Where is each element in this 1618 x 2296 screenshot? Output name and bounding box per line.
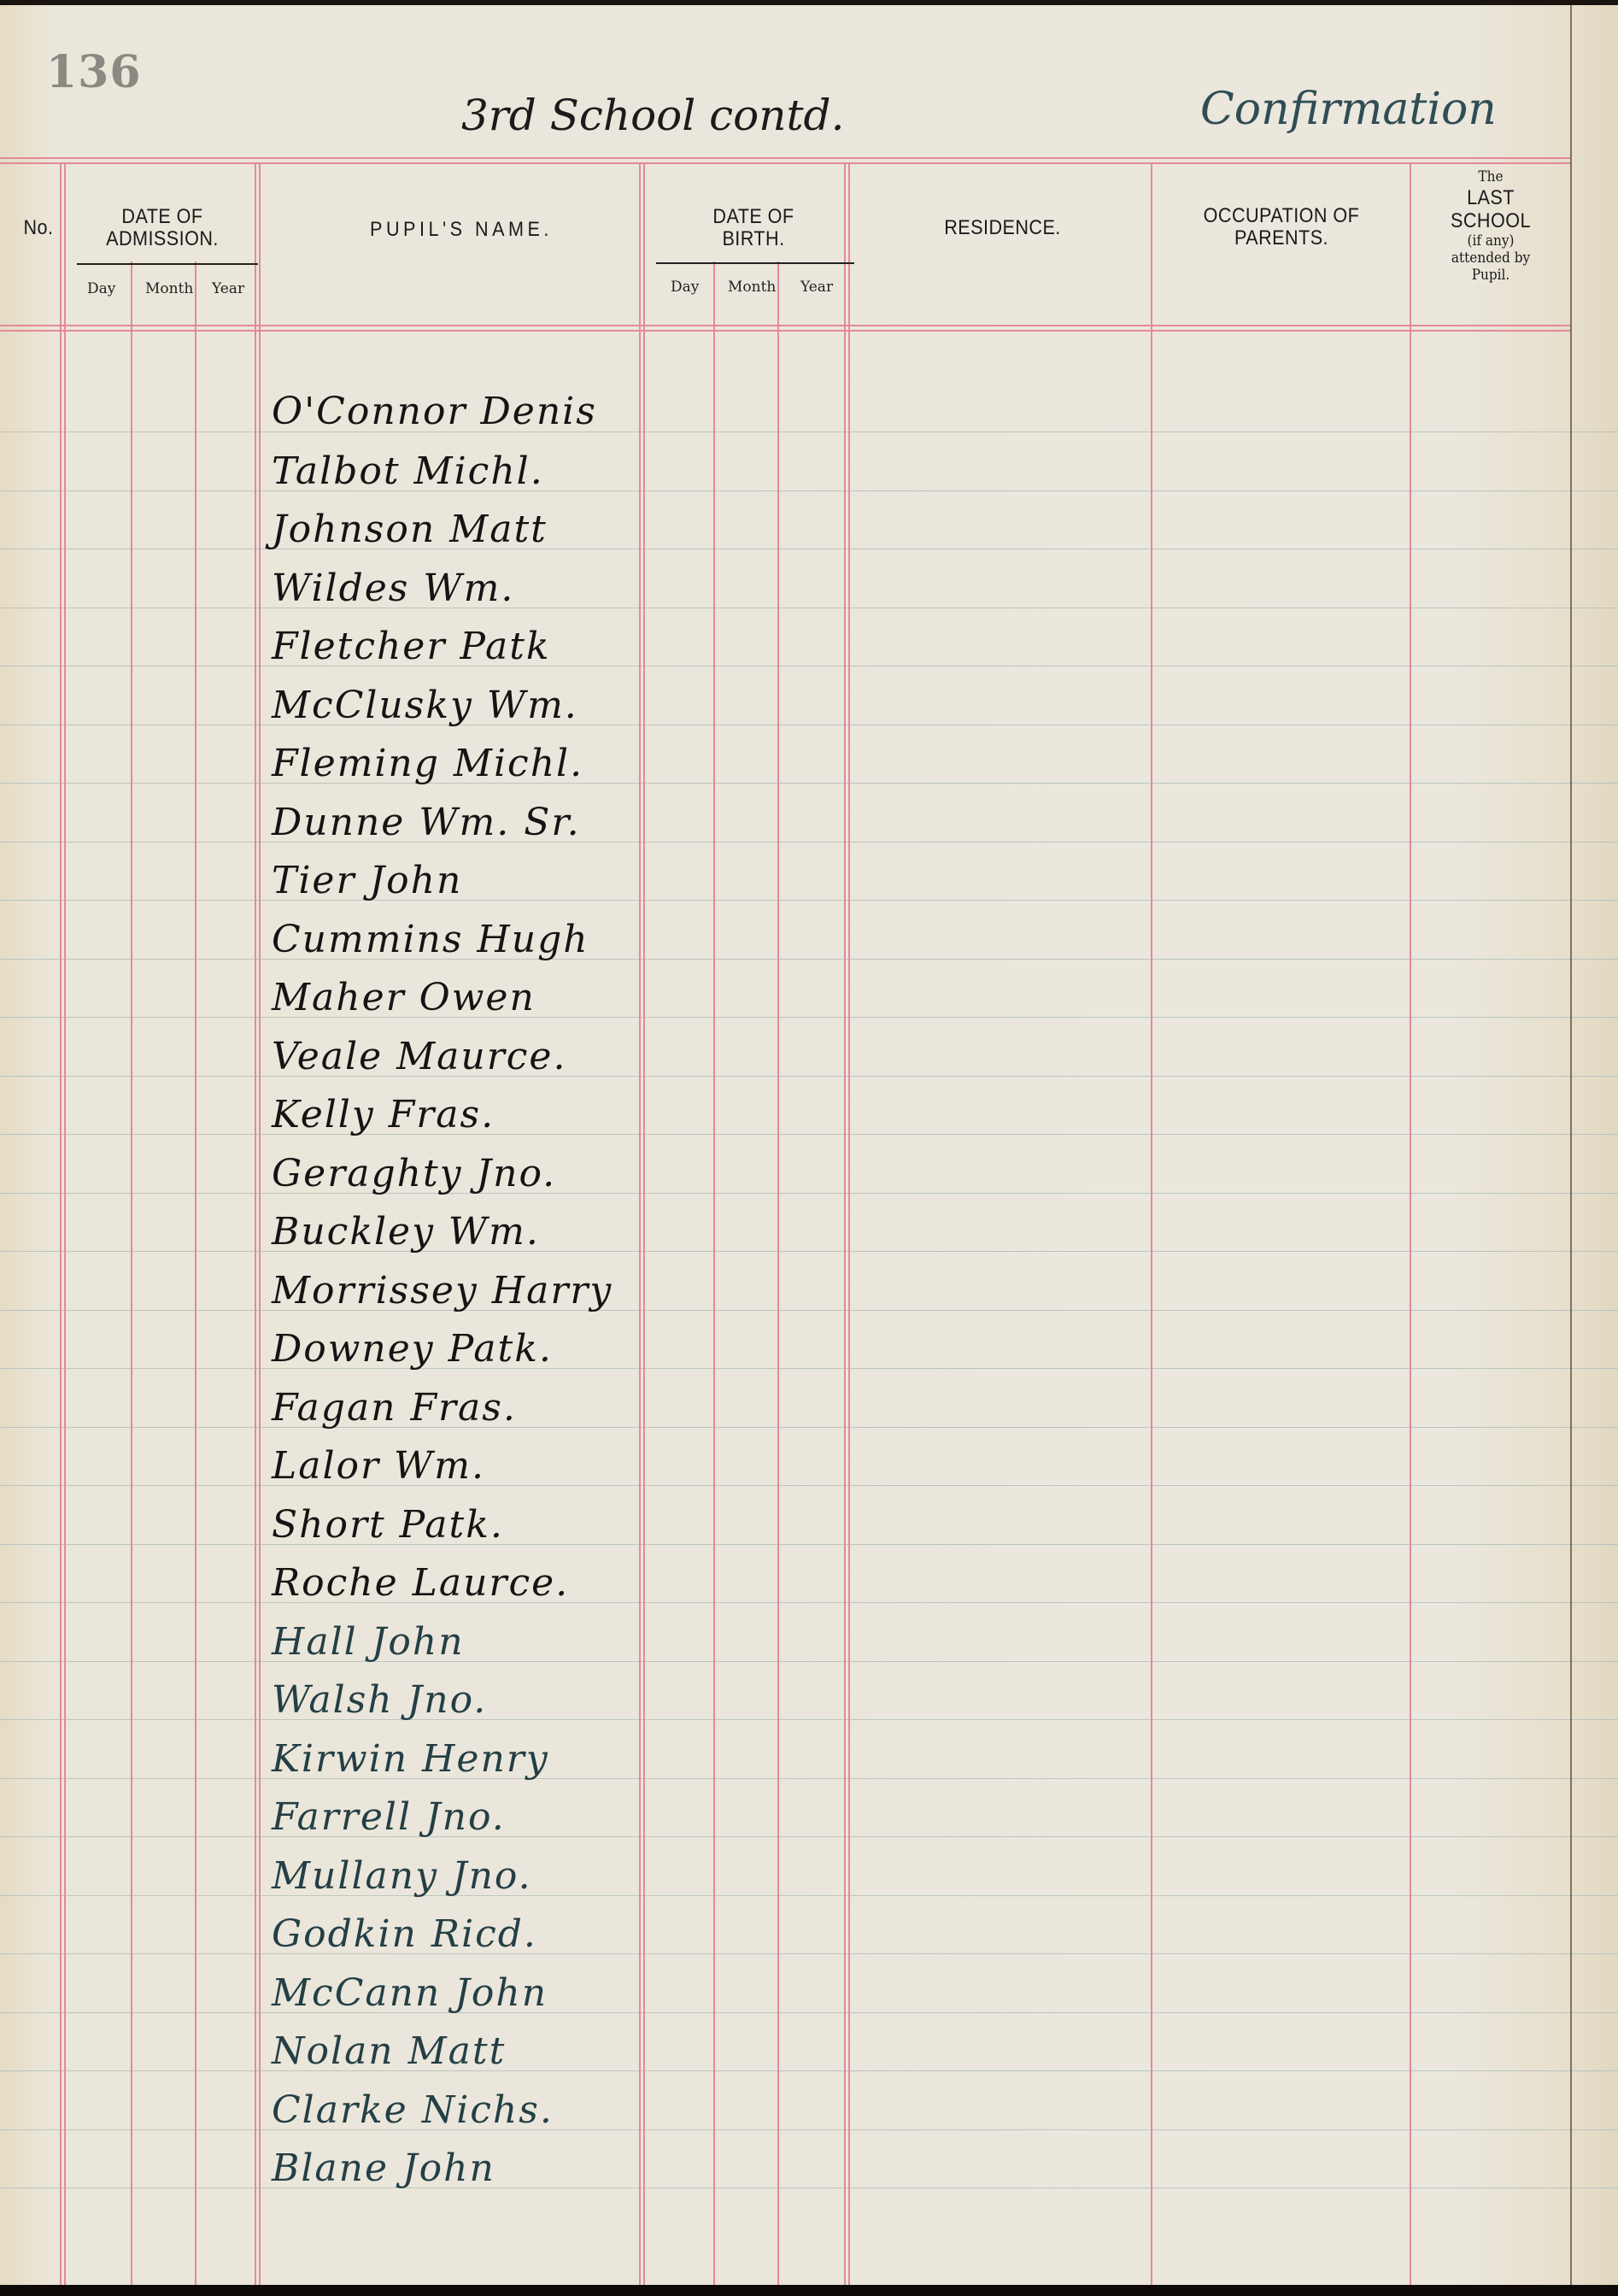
pupil-name-entry: Buckley Wm. bbox=[272, 1210, 540, 1254]
ruled-line bbox=[0, 900, 1618, 901]
pupil-name-entry: McCann John bbox=[272, 1971, 548, 2015]
column-rule bbox=[1151, 164, 1152, 2285]
header-line: OCCUPATION OF bbox=[1166, 205, 1397, 227]
header-bottom-rule bbox=[0, 325, 1570, 326]
pupil-name-entry: Johnson Matt bbox=[272, 508, 548, 551]
pupil-name-entry: Mullany Jno. bbox=[272, 1854, 532, 1898]
ruled-line bbox=[0, 1017, 1618, 1018]
pupil-name-entry: Roche Laurce. bbox=[272, 1561, 569, 1605]
column-rule bbox=[1410, 164, 1411, 2285]
admission-day-label: Day bbox=[87, 280, 115, 297]
header-line: ADMISSION. bbox=[78, 228, 247, 250]
column-header-last-school: The LAST SCHOOL (if any) attended by Pup… bbox=[1419, 167, 1562, 284]
header-underline bbox=[656, 262, 854, 264]
ruled-line bbox=[0, 1193, 1618, 1194]
column-rule bbox=[844, 164, 846, 2285]
ruled-line bbox=[0, 2187, 1618, 2188]
header-line: (if any) bbox=[1419, 232, 1562, 250]
register-page: 136 3rd School contd. Confirmation bbox=[0, 5, 1618, 2285]
ruled-line bbox=[0, 1485, 1618, 1486]
pupil-name-entry: Veale Maurce. bbox=[272, 1035, 566, 1078]
scan-edge bbox=[0, 2285, 1618, 2296]
pupil-name-entry: Godkin Ricd. bbox=[272, 1912, 537, 1956]
ruled-line bbox=[0, 1719, 1618, 1720]
page-fold bbox=[1570, 5, 1572, 2285]
pupil-name-entry: Cummins Hugh bbox=[272, 918, 589, 961]
ruled-line bbox=[0, 490, 1618, 491]
ruled-line bbox=[0, 666, 1618, 666]
pupil-name-entry: Hall John bbox=[272, 1620, 465, 1664]
birth-day-label: Day bbox=[671, 279, 699, 296]
pupil-name-entry: Fleming Michl. bbox=[272, 742, 583, 785]
pupil-name-entry: Blane John bbox=[272, 2146, 495, 2190]
ruled-line bbox=[0, 1310, 1618, 1311]
column-rule bbox=[60, 164, 62, 2285]
column-rule bbox=[777, 261, 779, 2285]
column-rule bbox=[259, 164, 261, 2285]
ruled-line bbox=[0, 1427, 1618, 1428]
ruled-line bbox=[0, 725, 1618, 725]
column-header-occupation: OCCUPATION OF PARENTS. bbox=[1166, 205, 1397, 250]
pupil-name-entry: Lalor Wm. bbox=[272, 1444, 485, 1488]
column-rule bbox=[255, 164, 256, 2285]
pupil-name-entry: Clarke Nichs. bbox=[272, 2088, 554, 2132]
admission-month-label: Month bbox=[145, 280, 193, 297]
ruled-line bbox=[0, 1602, 1618, 1603]
header-line: Pupil. bbox=[1419, 267, 1562, 284]
ruled-line bbox=[0, 1076, 1618, 1077]
column-header-pupil-name: PUPIL'S NAME. bbox=[308, 219, 615, 241]
ruled-line bbox=[0, 2129, 1618, 2130]
section-heading: 3rd School contd. bbox=[461, 91, 844, 140]
ruled-line bbox=[0, 959, 1618, 960]
pupil-name-entry: Downey Patk. bbox=[272, 1327, 553, 1371]
column-rule bbox=[195, 261, 196, 2285]
column-rule bbox=[848, 164, 850, 2285]
pupil-name-entry: Walsh Jno. bbox=[272, 1678, 487, 1722]
ruled-line bbox=[0, 1778, 1618, 1779]
header-line: attended by bbox=[1419, 250, 1562, 267]
column-header-residence: RESIDENCE. bbox=[869, 217, 1135, 239]
pupil-name-entry: Fletcher Patk bbox=[272, 625, 551, 668]
ruled-line bbox=[0, 1661, 1618, 1662]
ruled-line bbox=[0, 783, 1618, 784]
ruled-line bbox=[0, 842, 1618, 843]
pupil-name-entry: McClusky Wm. bbox=[272, 684, 578, 727]
ruled-line bbox=[0, 1544, 1618, 1545]
pupil-name-entry: Tier John bbox=[272, 859, 462, 902]
pupil-name-entry: Talbot Michl. bbox=[272, 449, 544, 493]
header-top-rule bbox=[0, 157, 1570, 159]
admission-year-label: Year bbox=[212, 280, 244, 297]
ruled-line bbox=[0, 549, 1618, 549]
header-line: DATE OF bbox=[661, 206, 846, 228]
ruled-line bbox=[0, 1251, 1618, 1252]
ruled-line bbox=[0, 1895, 1618, 1896]
column-header-date-of-birth: DATE OF BIRTH. bbox=[661, 206, 846, 250]
column-header-no: No. bbox=[18, 217, 60, 239]
confirmation-annotation: Confirmation bbox=[1200, 84, 1497, 135]
header-underline bbox=[77, 263, 258, 265]
pupil-name-entry: Short Patk. bbox=[272, 1503, 504, 1547]
ruled-line bbox=[0, 608, 1618, 608]
pupil-name-entry: Nolan Matt bbox=[272, 2029, 506, 2073]
pupil-name-entry: Farrell Jno. bbox=[272, 1795, 506, 1839]
column-rule bbox=[713, 261, 715, 2285]
column-rule bbox=[131, 261, 132, 2285]
pupil-name-entry: Geraghty Jno. bbox=[272, 1152, 556, 1195]
pupil-name-entry: Kelly Fras. bbox=[272, 1093, 495, 1136]
pupil-name-entry: Wildes Wm. bbox=[272, 567, 514, 610]
ruled-line bbox=[0, 2012, 1618, 2013]
ruled-line bbox=[0, 1836, 1618, 1837]
header-top-rule-2 bbox=[0, 162, 1570, 164]
ruled-line bbox=[0, 2070, 1618, 2071]
header-line: SCHOOL bbox=[1419, 209, 1562, 232]
page-number: 136 bbox=[46, 46, 142, 98]
ruled-line bbox=[0, 1953, 1618, 1954]
pupil-name-entry: O'Connor Denis bbox=[272, 390, 597, 433]
header-bottom-rule-2 bbox=[0, 330, 1570, 332]
pupil-name-entry: Fagan Fras. bbox=[272, 1386, 517, 1430]
header-line: DATE OF bbox=[78, 206, 247, 228]
column-rule bbox=[643, 164, 645, 2285]
birth-year-label: Year bbox=[800, 279, 833, 296]
pupil-name-entry: Dunne Wm. Sr. bbox=[272, 801, 581, 844]
ruled-line bbox=[0, 1368, 1618, 1369]
ruled-line bbox=[0, 432, 1618, 432]
column-rule bbox=[64, 164, 66, 2285]
pupil-name-entry: Maher Owen bbox=[272, 976, 536, 1019]
header-line: LAST bbox=[1419, 186, 1562, 209]
header-line: The bbox=[1419, 167, 1562, 186]
header-line: PARENTS. bbox=[1166, 227, 1397, 250]
pupil-name-entry: Kirwin Henry bbox=[272, 1737, 549, 1781]
column-header-date-of-admission: DATE OF ADMISSION. bbox=[78, 206, 247, 250]
column-rule bbox=[639, 164, 641, 2285]
header-line: BIRTH. bbox=[661, 228, 846, 250]
ruled-line bbox=[0, 1134, 1618, 1135]
pupil-name-entry: Morrissey Harry bbox=[272, 1269, 613, 1312]
birth-month-label: Month bbox=[728, 279, 776, 296]
